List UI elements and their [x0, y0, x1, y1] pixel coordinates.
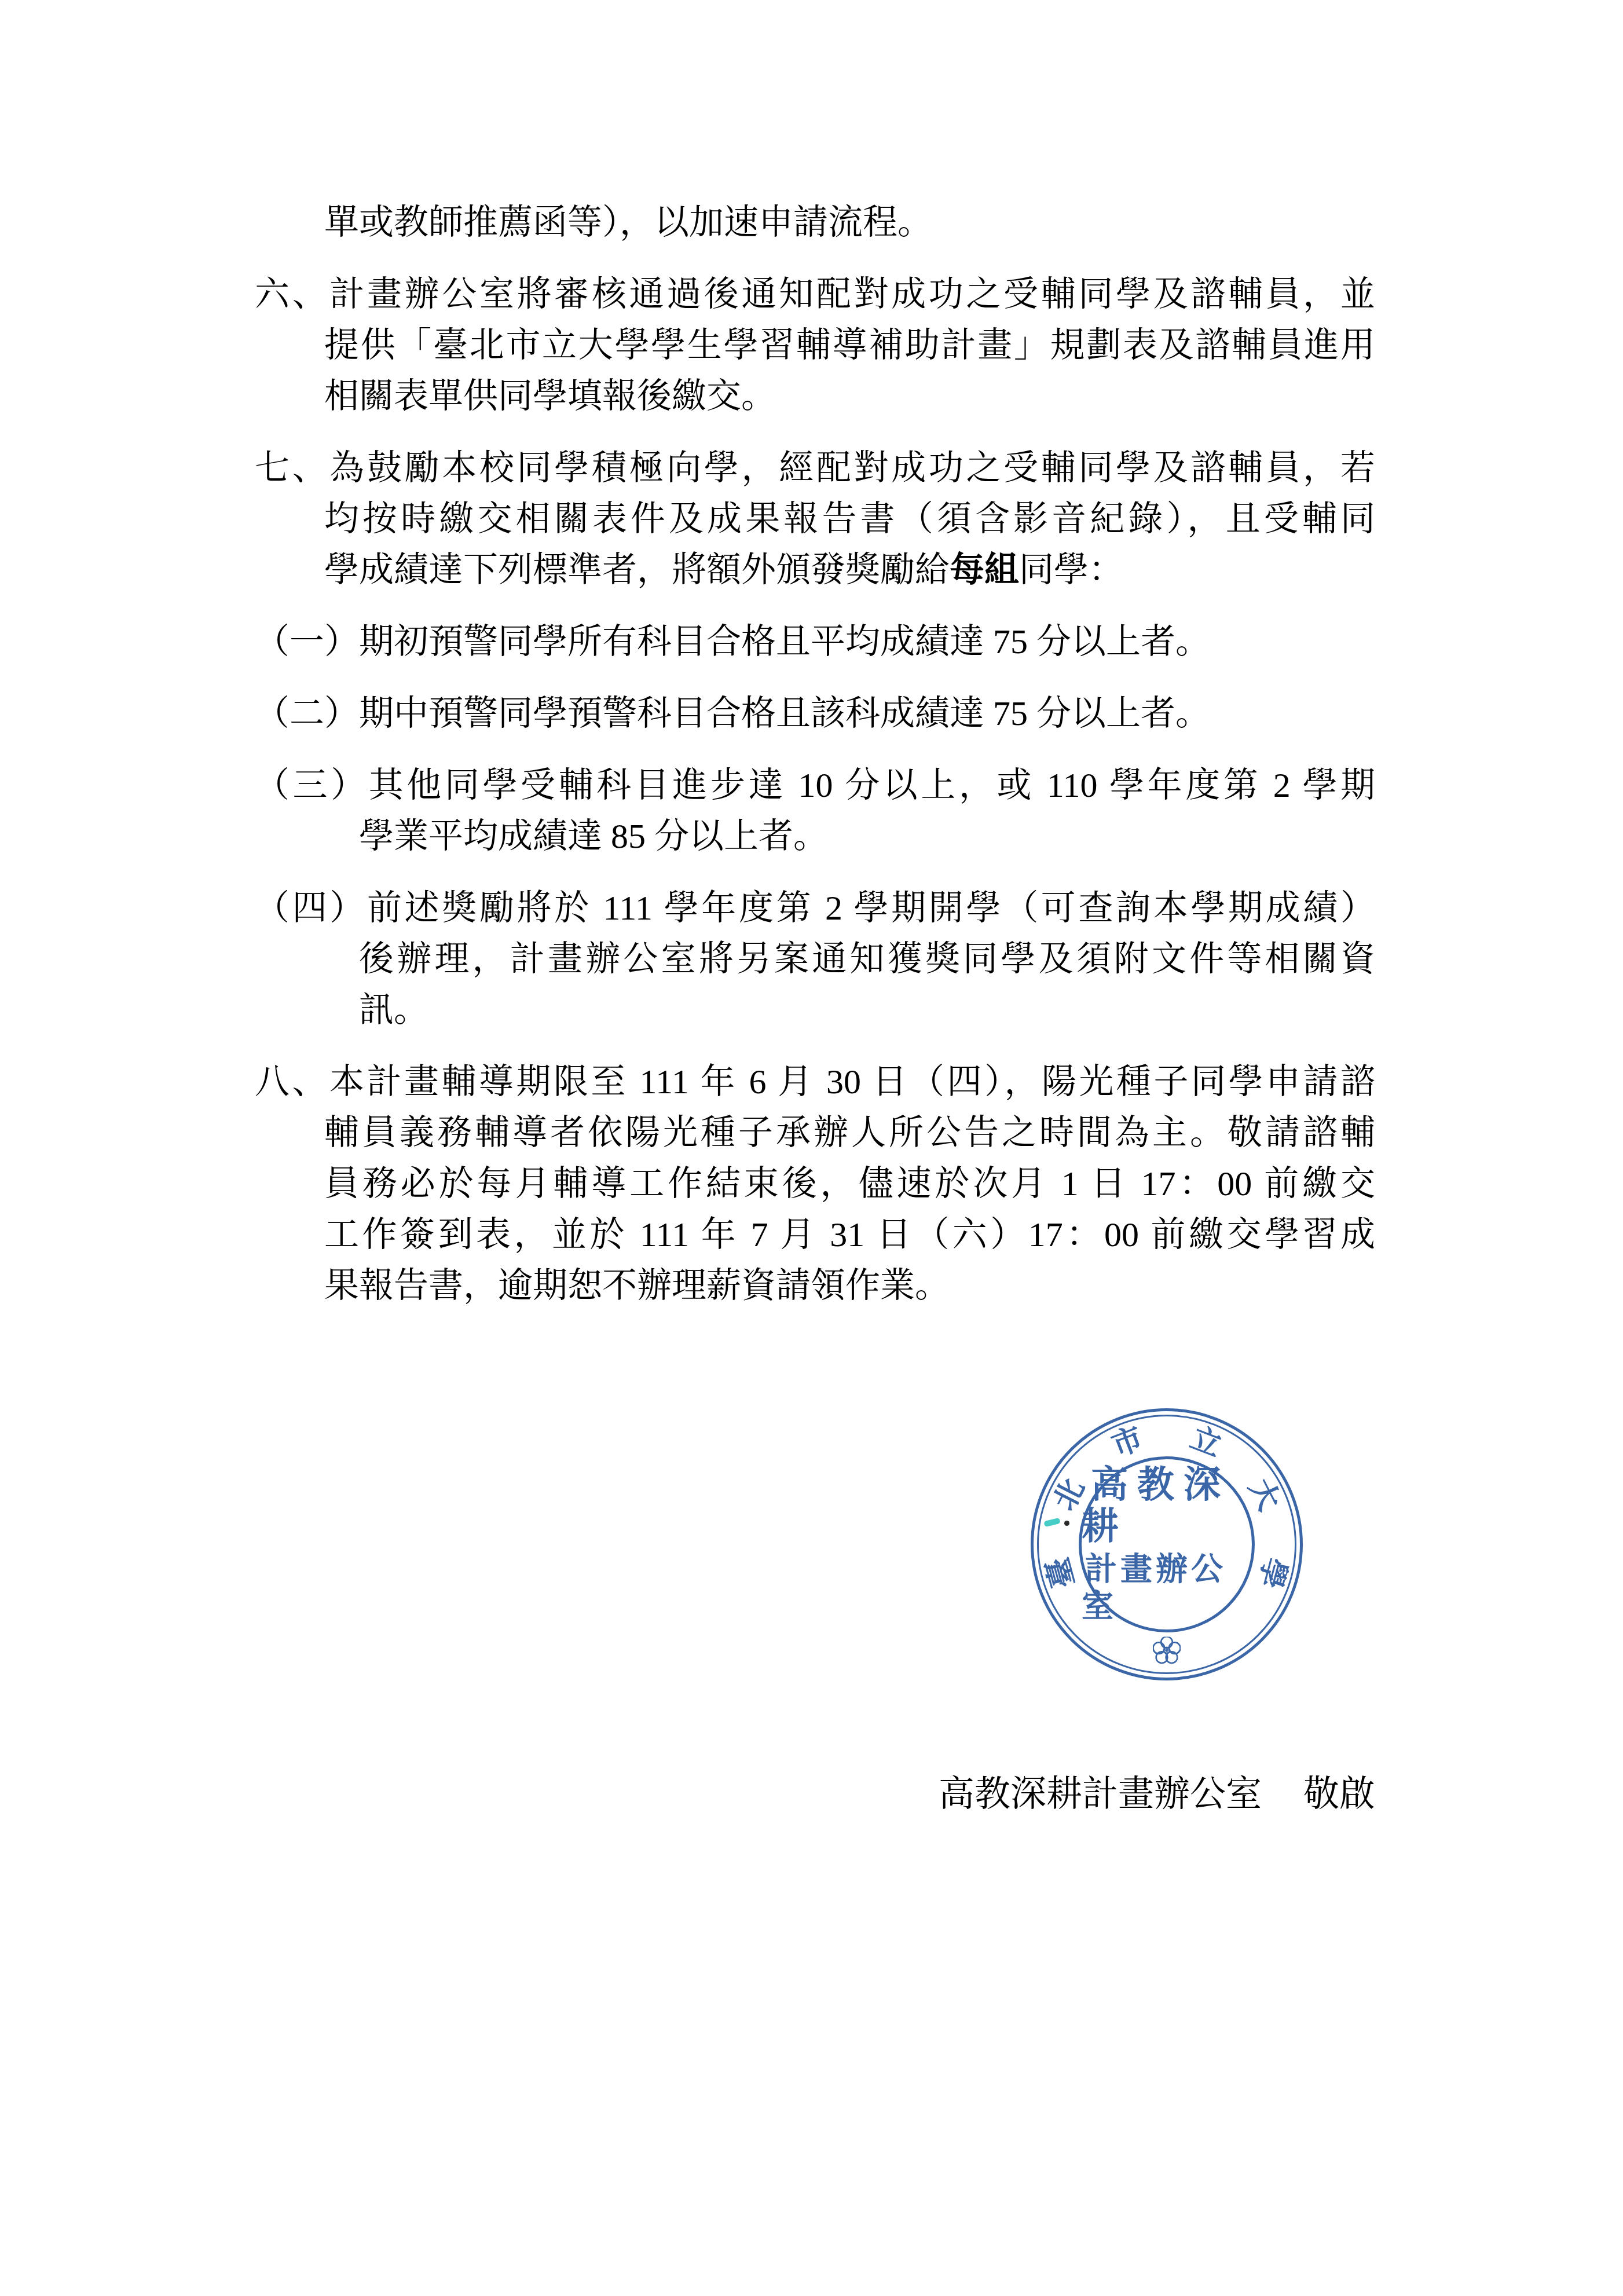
closing-signature: 高教深耕計畫辦公室敬啟 [255, 1769, 1375, 1820]
text-line: （四）前述獎勵將於 111 學年度第 2 學期開學（可查詢本學期成績） [255, 882, 1375, 933]
text-segment: 期中預警同學預警科目合格且該科成績達 75 分以上者。 [359, 694, 1210, 733]
text-segment: 本計畫輔導期限至 111 年 6 月 30 日（四），陽光種子同學申請諮 [329, 1063, 1375, 1101]
list-marker: 六、 [255, 275, 329, 313]
closing-suffix: 敬啟 [1303, 1775, 1375, 1814]
document-body: 單或教師推薦函等），以加速申請流程。 六、計畫辦公室將審核通過後通知配對成功之受… [255, 197, 1375, 1311]
text-line: （一）期初預警同學所有科目合格且平均成績達 75 分以上者。 [255, 616, 1375, 667]
subitem-2: （二）期中預警同學預警科目合格且該科成績達 75 分以上者。 [255, 688, 1375, 739]
text-line: 學成績達下列標準者，將額外頒發獎勵給每組同學： [255, 544, 1375, 595]
stamp-ring-char: 臺 [1043, 1554, 1080, 1591]
closing-org: 高教深耕計畫辦公室 [939, 1775, 1262, 1814]
text-line: （二）期中預警同學預警科目合格且該科成績達 75 分以上者。 [255, 688, 1375, 739]
list-marker: 七、 [255, 449, 329, 487]
text-line: 後辦理，計畫辦公室將另案通知獲獎同學及須附文件等相關資 [255, 933, 1375, 984]
text-line: 六、計畫辦公室將審核通過後通知配對成功之受輔同學及諮輔員，並 [255, 269, 1375, 320]
plum-blossom-icon [1153, 1637, 1181, 1668]
list-marker: （二） [255, 694, 359, 733]
text-segment: 為鼓勵本校同學積極向學，經配對成功之受輔同學及諮輔員，若 [329, 449, 1375, 487]
stamp-text-line-1: 高教深耕 [1082, 1464, 1252, 1547]
text-line: 七、為鼓勵本校同學積極向學，經配對成功之受輔同學及諮輔員，若 [255, 442, 1375, 493]
stamp-ring-char: 立 [1186, 1423, 1225, 1462]
text-line: 提供「臺北市立大學學生學習輔導補助計畫」規劃表及諮輔員進用 [255, 320, 1375, 371]
text-line: 八、本計畫輔導期限至 111 年 6 月 30 日（四），陽光種子同學申請諮 [255, 1056, 1375, 1107]
paragraph-6: 六、計畫辦公室將審核通過後通知配對成功之受輔同學及諮輔員，並 提供「臺北市立大學… [255, 269, 1375, 422]
list-marker: （三） [255, 766, 369, 804]
text-line: 員務必於每月輔導工作結束後，儘速於次月 1 日 17：00 前繳交 [255, 1158, 1375, 1209]
text-segment: 計畫辦公室將審核通過後通知配對成功之受輔同學及諮輔員，並 [329, 275, 1375, 313]
subitem-3: （三）其他同學受輔科目進步達 10 分以上，或 110 學年度第 2 學期 學業… [255, 760, 1375, 862]
text-line: 相關表單供同學填報後繳交。 [255, 371, 1375, 422]
text-line: （三）其他同學受輔科目進步達 10 分以上，或 110 學年度第 2 學期 [255, 760, 1375, 811]
text-line: 輔員義務輔導者依陽光種子承辦人所公告之時間為主。敬請諮輔 [255, 1107, 1375, 1158]
text-line: 果報告書，逾期恕不辦理薪資請領作業。 [255, 1260, 1375, 1311]
text-line: 工作簽到表，並於 111 年 7 月 31 日（六）17：00 前繳交學習成 [255, 1209, 1375, 1260]
intro-continuation-line: 單或教師推薦函等），以加速申請流程。 [255, 197, 1375, 248]
text-line: 均按時繳交相關表件及成果報告書（須含影音紀錄），且受輔同 [255, 493, 1375, 544]
text-segment: 學成績達下列標準者，將額外頒發獎勵給 [324, 551, 950, 589]
official-stamp: 臺 北 市 立 大 學 高教深耕 計畫辦公室 [1031, 1408, 1303, 1680]
list-marker: （一） [255, 622, 359, 661]
document-page: 單或教師推薦函等），以加速申請流程。 六、計畫辦公室將審核通過後通知配對成功之受… [0, 0, 1623, 2296]
stamp-text-line-2: 計畫辦公室 [1082, 1551, 1252, 1625]
paragraph-7: 七、為鼓勵本校同學積極向學，經配對成功之受輔同學及諮輔員，若 均按時繳交相關表件… [255, 442, 1375, 595]
paragraph-8: 八、本計畫輔導期限至 111 年 6 月 30 日（四），陽光種子同學申請諮 輔… [255, 1056, 1375, 1311]
scan-artifact-dot [1064, 1521, 1069, 1526]
text-segment: 其他同學受輔科目進步達 10 分以上，或 110 學年度第 2 學期 [369, 766, 1375, 804]
text-segment: 前述獎勵將於 111 學年度第 2 學期開學（可查詢本學期成績） [367, 889, 1375, 927]
text-line: 學業平均成績達 85 分以上者。 [255, 811, 1375, 862]
emphasized-text: 每組 [950, 551, 1019, 589]
stamp-inner-circle: 高教深耕 計畫辦公室 [1079, 1456, 1255, 1632]
text-segment: 期初預警同學所有科目合格且平均成績達 75 分以上者。 [359, 622, 1210, 661]
text-segment: 同學： [1019, 551, 1123, 589]
list-marker: （四） [255, 889, 367, 927]
subitem-4: （四）前述獎勵將於 111 學年度第 2 學期開學（可查詢本學期成績） 後辦理，… [255, 882, 1375, 1035]
stamp-ring-char: 市 [1108, 1423, 1147, 1462]
subitem-1: （一）期初預警同學所有科目合格且平均成績達 75 分以上者。 [255, 616, 1375, 667]
list-marker: 八、 [255, 1063, 329, 1101]
stamp-ring-char: 學 [1254, 1554, 1291, 1591]
text-line: 訊。 [255, 984, 1375, 1035]
